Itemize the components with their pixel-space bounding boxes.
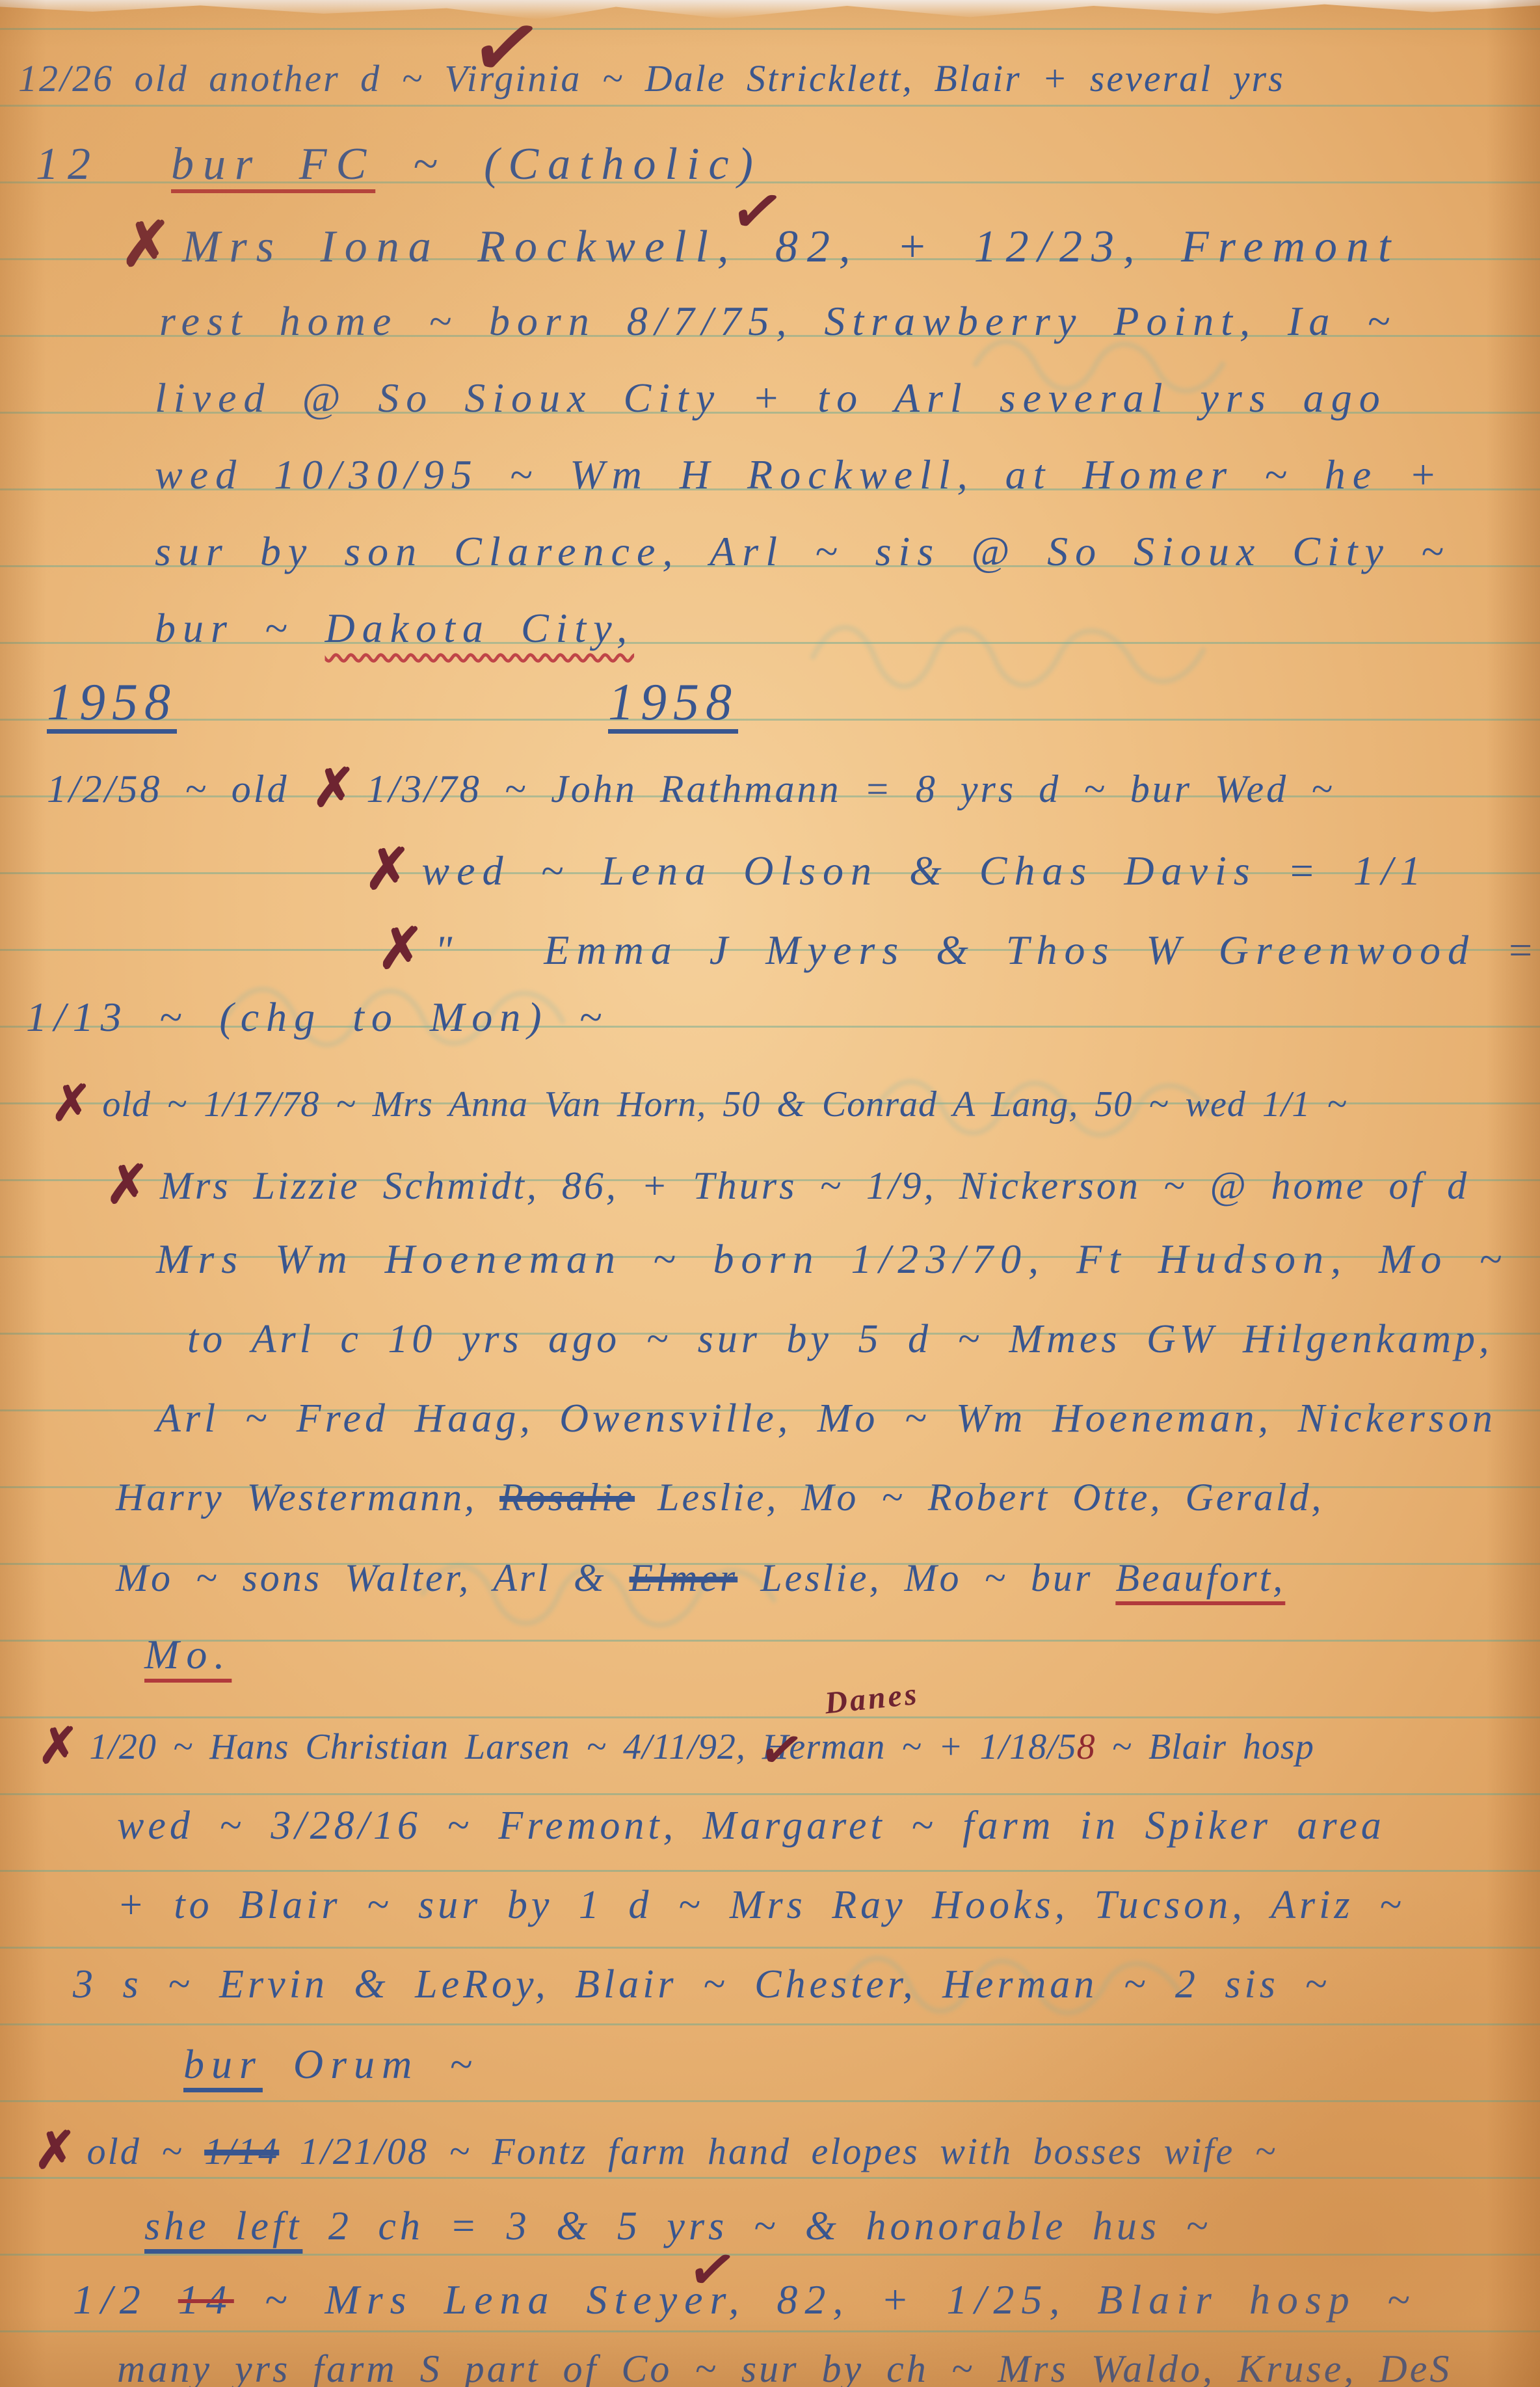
- text-segment: old ~: [87, 2130, 205, 2172]
- handwritten-line: Arl ~ Fred Haag, Owensville, Mo ~ Wm Hoe…: [156, 1398, 1496, 1439]
- text-segment: she left: [144, 2204, 302, 2248]
- x-mark-icon: ✗: [120, 211, 172, 279]
- x-mark-icon: ✗: [364, 838, 411, 901]
- handwritten-line: many yrs farm S part of Co ~ sur by ch ~…: [117, 2349, 1452, 2387]
- text-segment: + to Blair ~ sur by 1 d ~ Mrs Ray Hooks,…: [117, 1883, 1405, 1927]
- handwritten-line: ✗wed ~ Lena Olson & Chas Davis = 1/1: [364, 842, 1428, 898]
- text-segment: bur: [183, 2041, 263, 2087]
- check-mark-icon: ✓: [726, 177, 788, 248]
- handwritten-line: Mo ~ sons Walter, Arl & Elmer Leslie, Mo…: [116, 1558, 1285, 1597]
- handwritten-line: 1/13 ~ (chg to Mon) ~: [26, 996, 609, 1038]
- text-segment: ~ (Catholic): [375, 139, 762, 189]
- text-segment: Mrs Iona Rockwell, 82, + 12/23, Fremont: [182, 222, 1400, 272]
- handwritten-line: Harry Westermann, Rosalie Leslie, Mo ~ R…: [116, 1478, 1323, 1517]
- notebook-page: 12/26 old another d ~ Virginia ~ Dale St…: [0, 0, 1540, 2387]
- text-segment: wed ~ 3/28/16 ~ Fremont, Margaret ~ farm…: [117, 1804, 1385, 1848]
- text-segment: 3 s ~ Ervin & LeRoy, Blair ~ Chester, He…: [73, 1962, 1331, 2007]
- crossed-out-word: Elmer: [630, 1556, 738, 1599]
- handwritten-line: she left 2 ch = 3 & 5 yrs ~ & honorable …: [144, 2206, 1212, 2247]
- text-segment: 2 ch = 3 & 5 yrs ~ & honorable hus ~: [302, 2204, 1212, 2248]
- handwritten-line: Mo.: [144, 1634, 232, 1675]
- text-segment: sur by son Clarence, Arl ~ sis @ So Siou…: [155, 528, 1451, 574]
- text-segment: Mrs Wm Hoeneman ~ born 1/23/70, Ft Hudso…: [156, 1236, 1509, 1282]
- handwritten-line: Mrs Wm Hoeneman ~ born 1/23/70, Ft Hudso…: [156, 1238, 1509, 1280]
- text-segment: wed ~ Lena Olson & Chas Davis = 1/1: [421, 847, 1427, 894]
- text-segment: Emma J Myers & Thos W Greenwood = 1/1: [544, 927, 1540, 973]
- x-mark-icon: ✗: [51, 1077, 92, 1131]
- text-segment: bur FC: [171, 139, 375, 189]
- text-segment: 1/20 ~ Hans Christian Larsen ~: [89, 1727, 623, 1767]
- text-segment: 1/21/08 ~ Fontz farm hand elopes with bo…: [279, 2130, 1277, 2172]
- text-segment: 1/13 ~ (chg to Mon) ~: [26, 994, 609, 1040]
- crossed-out-date: 1/14: [204, 2130, 279, 2172]
- handwritten-line: bur Orum ~: [183, 2044, 479, 2085]
- handwritten-line: 1/2/58 ~ old ✗1/3/78 ~ John Rathmann = 8…: [47, 762, 1335, 815]
- text-segment: 1/2: [73, 2276, 178, 2323]
- text-segment: many yrs farm S part of Co ~ sur by ch ~…: [117, 2347, 1452, 2387]
- crossed-out-date: 14: [178, 2276, 234, 2323]
- handwritten-line: ✗old ~ 1/17/78 ~ Mrs Anna Van Horn, 50 &…: [51, 1080, 1347, 1129]
- year-heading-left: 1958: [47, 676, 177, 728]
- text-segment: Mrs Lizzie Schmidt, 86, + Thurs ~ 1/9, N…: [160, 1164, 1469, 1207]
- text-segment: Mo ~ sons Walter, Arl &: [116, 1556, 630, 1599]
- handwritten-line: ✗Mrs Lizzie Schmidt, 86, + Thurs ~ 1/9, …: [105, 1159, 1469, 1212]
- handwritten-line: 12/26 old another d ~ Virginia ~ Dale St…: [18, 60, 1285, 98]
- text-segment: Leslie, Mo ~ bur: [737, 1556, 1115, 1599]
- text-segment: 12/26 old another d ~ Virginia ~ Dale St…: [18, 57, 1285, 100]
- text-segment: to Arl c 10 yrs ago ~ sur by 5 d ~ Mmes …: [187, 1317, 1493, 1361]
- text-segment: 4/11/92, Herman ~ + 1/18/5: [623, 1727, 1077, 1767]
- handwritten-line: 1/2 14 ~ Mrs Lena Steyer, 82, + 1/25, Bl…: [73, 2279, 1416, 2321]
- handwritten-line: ✗old ~ 1/14 1/21/08 ~ Fontz farm hand el…: [34, 2126, 1277, 2176]
- inserted-word: Danes: [823, 1679, 921, 1720]
- torn-paper-edge: [0, 0, 1540, 20]
- handwritten-line: wed 10/30/95 ~ Wm H Rockwell, at Homer ~…: [155, 454, 1444, 496]
- crossed-out-word: Rosalie: [499, 1476, 635, 1519]
- overwritten-digit: 8: [1077, 1727, 1096, 1767]
- text-segment: rest home ~ born 8/7/75, Strawberry Poin…: [159, 298, 1397, 344]
- handwritten-line: lived @ So Sioux City + to Arl several y…: [155, 377, 1387, 419]
- text-segment: 12: [36, 139, 100, 189]
- text-segment: Dakota City,: [325, 605, 635, 651]
- text-segment: Harry Westermann,: [116, 1476, 499, 1519]
- handwritten-line: to Arl c 10 yrs ago ~ sur by 5 d ~ Mmes …: [187, 1319, 1493, 1359]
- x-mark-icon: ✗: [34, 2122, 77, 2179]
- text-segment: lived @ So Sioux City + to Arl several y…: [155, 375, 1387, 421]
- text-segment: ~ Mrs Lena Steyer, 82, + 1/25, Blair hos…: [234, 2276, 1417, 2323]
- text-segment: 1/3/78 ~ John Rathmann = 8 yrs d ~ bur W…: [366, 767, 1334, 810]
- handwritten-line: bur ~ Dakota City,: [155, 607, 634, 649]
- x-mark-icon: ✗: [38, 1720, 79, 1774]
- ditto-mark: ": [434, 927, 459, 973]
- text-segment: ~ Blair hosp: [1096, 1727, 1314, 1767]
- text-segment: old ~ 1/17/78 ~ Mrs Anna Van Horn, 50 & …: [102, 1084, 1347, 1125]
- handwritten-line: 3 s ~ Ervin & LeRoy, Blair ~ Chester, He…: [73, 1964, 1331, 2005]
- insert-caret-icon: ✓: [756, 1722, 808, 1780]
- text-segment: wed 10/30/95 ~ Wm H Rockwell, at Homer ~…: [155, 451, 1444, 498]
- year-heading-right: 1958: [608, 676, 738, 728]
- text-segment: 1/2/58 ~ old: [47, 767, 312, 810]
- text-segment: Arl ~ Fred Haag, Owensville, Mo ~ Wm Hoe…: [156, 1396, 1496, 1441]
- text-segment: Orum ~: [263, 2041, 479, 2087]
- text-segment: Beaufort,: [1115, 1556, 1285, 1599]
- handwritten-line: rest home ~ born 8/7/75, Strawberry Poin…: [159, 300, 1397, 342]
- handwritten-line: sur by son Clarence, Arl ~ sis @ So Siou…: [155, 531, 1451, 572]
- handwritten-line: + to Blair ~ sur by 1 d ~ Mrs Ray Hooks,…: [117, 1885, 1405, 1925]
- handwritten-line: ✗"Emma J Myers & Thos W Greenwood = 1/1: [377, 921, 1540, 977]
- text-segment: 1958: [608, 674, 738, 731]
- text-segment: 1958: [47, 674, 177, 731]
- text-segment: bur ~: [155, 605, 325, 651]
- handwritten-line: ✗1/20 ~ Hans Christian Larsen ~ 4/11/92,…: [38, 1722, 1314, 1772]
- handwritten-line: wed ~ 3/28/16 ~ Fremont, Margaret ~ farm…: [117, 1806, 1385, 1846]
- x-mark-icon: ✗: [105, 1156, 150, 1214]
- check-mark-icon: ✓: [684, 2239, 741, 2303]
- x-mark-icon: ✗: [312, 759, 356, 818]
- text-segment: Mo.: [144, 1631, 232, 1677]
- text-segment: Leslie, Mo ~ Robert Otte, Gerald,: [635, 1476, 1323, 1519]
- x-mark-icon: ✗: [377, 918, 424, 980]
- handwritten-line: 12bur FC ~ (Catholic): [36, 142, 762, 187]
